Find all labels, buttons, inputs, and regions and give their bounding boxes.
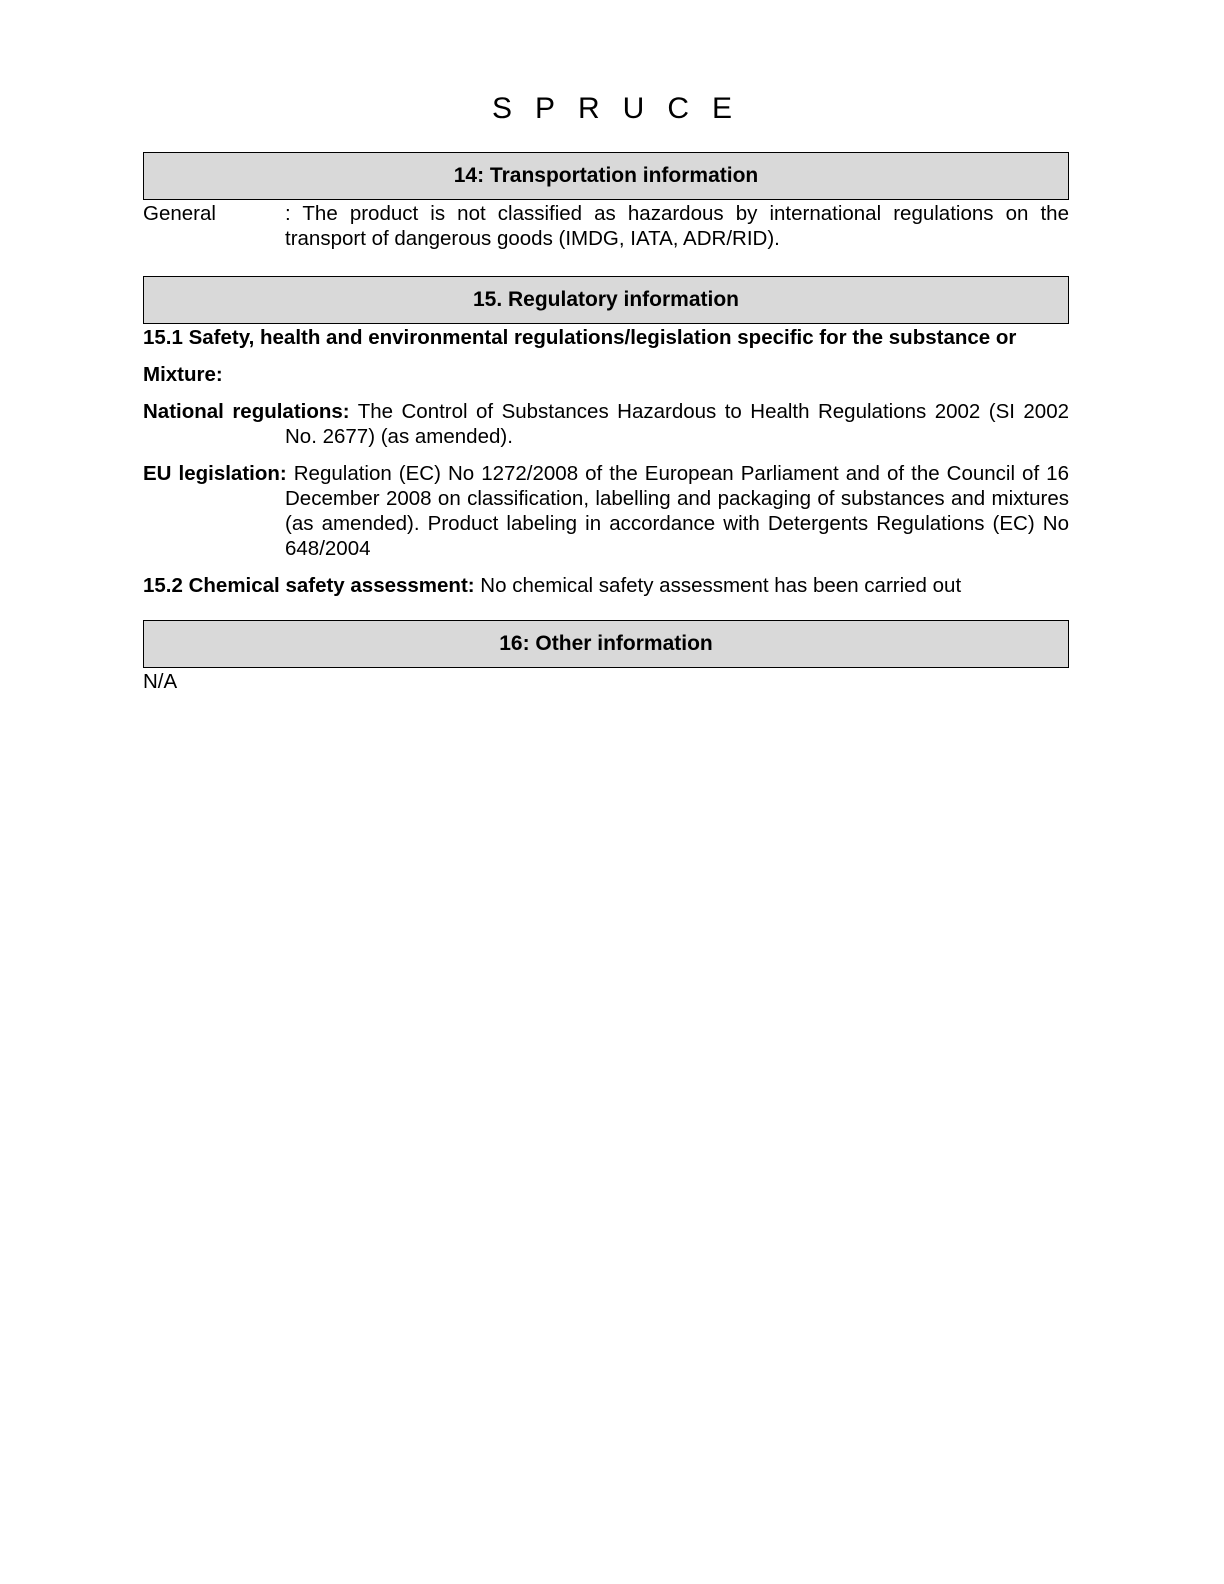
chemical-safety-assessment-value: No chemical safety assessment has been c… (475, 574, 962, 597)
eu-legislation-label: EU legislation: (143, 462, 287, 485)
other-information-value: N/A (143, 669, 1069, 694)
document-body: 14: Transportation information General :… (143, 152, 1069, 694)
general-row: General : The product is not classified … (143, 201, 1069, 251)
chemical-safety-assessment: 15.2 Chemical safety assessment: No chem… (143, 573, 1069, 598)
section-header-other: 16: Other information (143, 620, 1069, 668)
eu-legislation-value: Regulation (EC) No 1272/2008 of the Euro… (285, 462, 1069, 560)
national-regulations: National regulations: The Control of Sub… (143, 399, 1069, 449)
subsection-15-1-heading-cont: Mixture: (143, 362, 1069, 387)
chemical-safety-assessment-label: 15.2 Chemical safety assessment: (143, 574, 475, 597)
section-header-transportation: 14: Transportation information (143, 152, 1069, 200)
subsection-15-1-heading: 15.1 Safety, health and environmental re… (143, 325, 1069, 350)
section-title: 14: Transportation information (454, 164, 759, 188)
section-header-regulatory: 15. Regulatory information (143, 276, 1069, 324)
section-title: 15. Regulatory information (473, 288, 739, 312)
brand-logo: SPRUCE (0, 92, 1224, 126)
section-title: 16: Other information (499, 632, 713, 656)
national-regulations-value: The Control of Substances Hazardous to H… (285, 400, 1069, 448)
national-regulations-label: National regulations: (143, 400, 350, 423)
eu-legislation: EU legislation: Regulation (EC) No 1272/… (143, 461, 1069, 561)
general-value: : The product is not classified as hazar… (285, 201, 1069, 251)
general-label: General (143, 201, 285, 251)
